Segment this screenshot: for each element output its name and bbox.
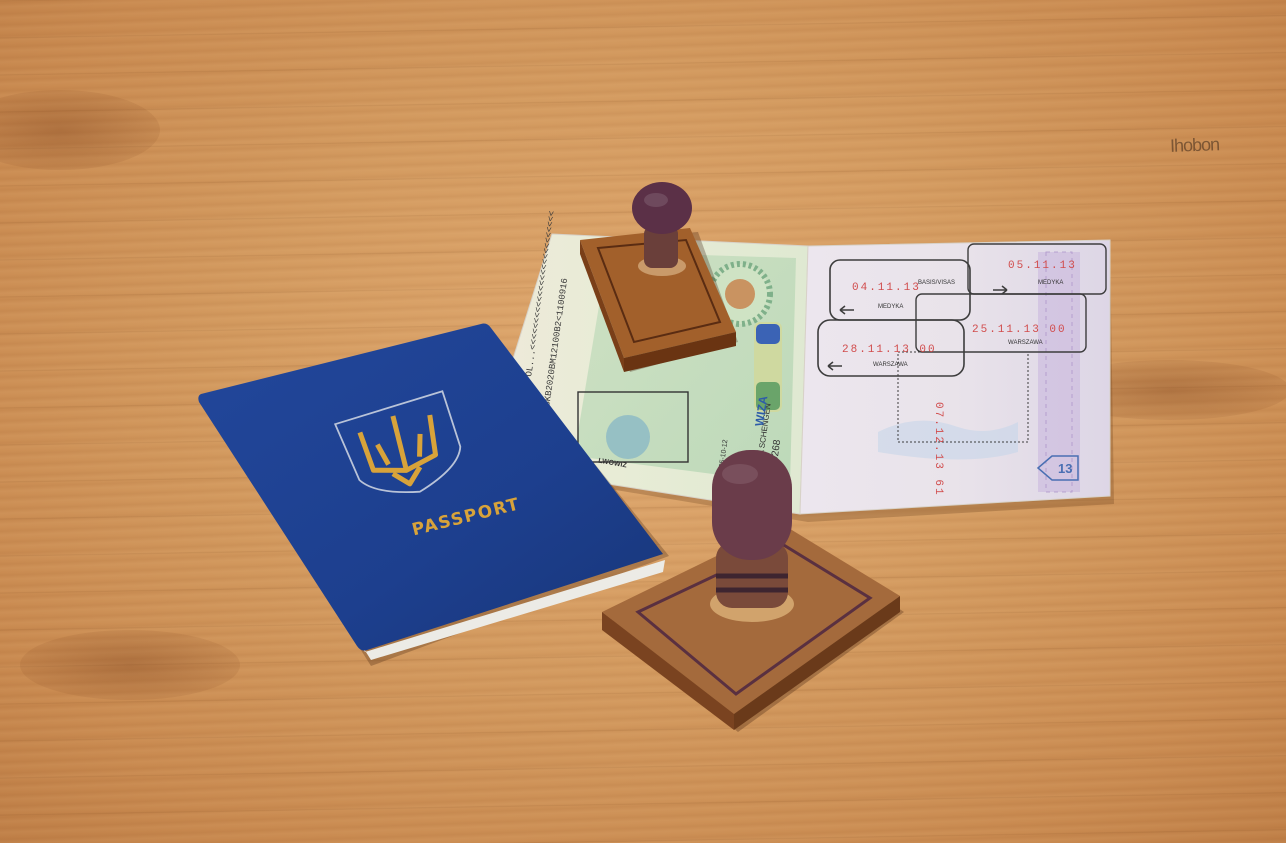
wooden-rubber-stamp <box>598 444 904 734</box>
table-marking: Ihobon <box>1170 134 1220 157</box>
stamp-place: MEDYKA <box>1038 280 1063 286</box>
stamp-date: 05.11.13 <box>1008 260 1077 272</box>
stamp-date: 25.11.13 00 <box>972 324 1067 336</box>
stamp-date: 28.11.13 00 <box>842 344 937 356</box>
stamp-date: 04.11.13 <box>852 282 921 294</box>
stamp-place: MEDYKA <box>878 304 903 310</box>
page-number: 13 <box>1058 461 1072 476</box>
stamp-place: WARSZAWA <box>1008 340 1043 346</box>
stamp-label: BASIS/VISAS <box>918 280 955 286</box>
wooden-rubber-stamp <box>578 182 740 372</box>
stamp-date: 07.12.13 61 <box>932 402 944 497</box>
rubber-stamp-icon <box>578 182 740 372</box>
stamp-place: WARSZAWA <box>873 362 908 368</box>
wood-knot <box>0 90 160 170</box>
rubber-stamp-icon <box>598 444 904 734</box>
